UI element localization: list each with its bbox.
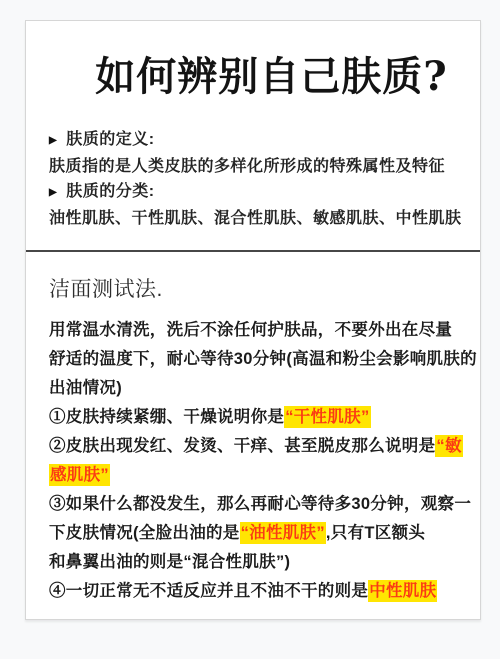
step-text: 和鼻翼出油的则是“混合性肌肤”) [49,553,290,571]
step-text: ①皮肤持续紧绷、干燥说明你是 [49,408,284,426]
classification-label: 肤质的分类: [66,183,154,200]
instruction-text: 出油情况) [49,379,122,397]
definition-text: 肤质指的是人类皮肤的多样化所形成的特殊属性及特征 [49,154,460,179]
step-text: ④一切正常无不适反应并且不油不干的则是 [49,582,368,600]
content-card: 如何辨别自己肤质? ▶肤质的定义: 肤质指的是人类皮肤的多样化所形成的特殊属性及… [25,20,481,620]
skin-type-highlight: “敏 [435,435,462,457]
instruction-text: 舒适的温度下，耐心等待30分钟(高温和粉尘会影响肌肤的 [49,350,477,368]
intro-section: 如何辨别自己肤质? ▶肤质的定义: 肤质指的是人类皮肤的多样化所形成的特殊属性及… [26,21,480,252]
test-step-line: 感肌肤” [49,461,462,490]
test-step-line: ②皮肤出现发红、发烫、干痒、甚至脱皮那么说明是“敏 [49,432,462,461]
instruction-text: 用常温水清洗，洗后不涂任何护肤品，不要外出在尽量 [49,321,452,339]
classification-bullet-row: ▶肤质的分类: [49,179,460,206]
step-text: ③如果什么都没发生，那么再耐心等待多30分钟，观察一 [49,495,471,513]
step-text: ,只有T区额头 [326,524,425,542]
test-method-heading: 洁面测试法. [49,273,462,303]
instruction-line: 舒适的温度下，耐心等待30分钟(高温和粉尘会影响肌肤的 [49,345,462,374]
skin-type-highlight: 中性肌肤 [368,580,437,602]
triangle-bullet-icon: ▶ [49,128,57,153]
definition-bullet-row: ▶肤质的定义: [49,127,460,154]
test-step-line: 下皮肤情况(全脸出油的是“油性肌肤”,只有T区额头 [49,519,462,548]
skin-type-highlight: “干性肌肤” [284,406,370,428]
test-step-line: ③如果什么都没发生，那么再耐心等待多30分钟，观察一 [49,490,462,519]
page-background: { "card": { "title": "如何辨别自己肤质?", "intro… [0,0,500,659]
test-step-line: ④一切正常无不适反应并且不油不干的则是中性肌肤 [49,577,462,606]
instruction-line: 出油情况) [49,374,462,403]
definition-label: 肤质的定义: [66,131,154,148]
test-section: 洁面测试法. 用常温水清洗，洗后不涂任何护肤品，不要外出在尽量 舒适的温度下，耐… [26,252,480,606]
test-step-line: ①皮肤持续紧绷、干燥说明你是“干性肌肤” [49,403,462,432]
skin-type-highlight: 感肌肤” [49,464,110,486]
step-text: ②皮肤出现发红、发烫、干痒、甚至脱皮那么说明是 [49,437,435,455]
classification-text: 油性肌肤、干性肌肤、混合性肌肤、敏感肌肤、中性肌肤 [49,206,460,231]
step-text: 下皮肤情况(全脸出油的是 [49,524,240,542]
test-step-line: 和鼻翼出油的则是“混合性肌肤”) [49,548,462,577]
page-title: 如何辨别自己肤质? [49,55,460,100]
skin-type-highlight: “油性肌肤” [240,522,326,544]
instruction-line: 用常温水清洗，洗后不涂任何护肤品，不要外出在尽量 [49,316,462,345]
triangle-bullet-icon: ▶ [49,180,57,205]
